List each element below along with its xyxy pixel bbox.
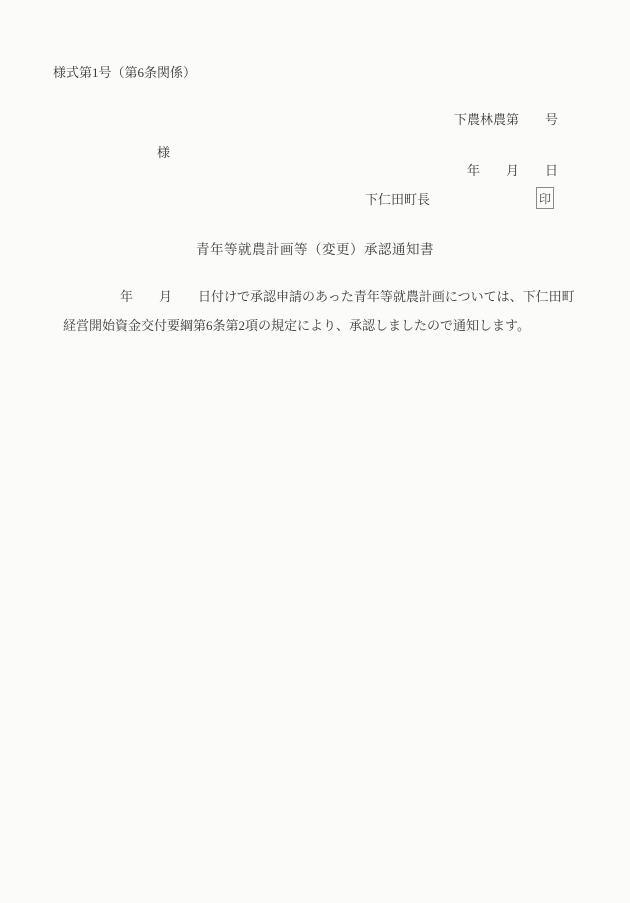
sender-title: 下仁田町長: [365, 189, 430, 208]
seal-box: 印: [536, 187, 554, 209]
body-line: 年 月 日付けで承認申請のあった青年等就農計画については、下仁田町: [120, 286, 575, 305]
recipient-suffix: 様: [157, 142, 170, 161]
form-number: 様式第1号（第6条関係）: [53, 62, 196, 81]
doc-number-line: 下農林農第 号: [454, 111, 558, 128]
date-line: 年 月 日: [454, 162, 558, 179]
document-title: 青年等就農計画等（変更）承認通知書: [0, 238, 630, 258]
body-line: 経営開始資金交付要綱第6条第2項の規定により、承認しましたので通知します。: [63, 315, 530, 334]
document-page: 様式第1号（第6条関係） 下農林農第 号 年 月 日 様 下仁田町長 印 青年等…: [0, 0, 630, 903]
seal-mark: 印: [539, 190, 551, 207]
